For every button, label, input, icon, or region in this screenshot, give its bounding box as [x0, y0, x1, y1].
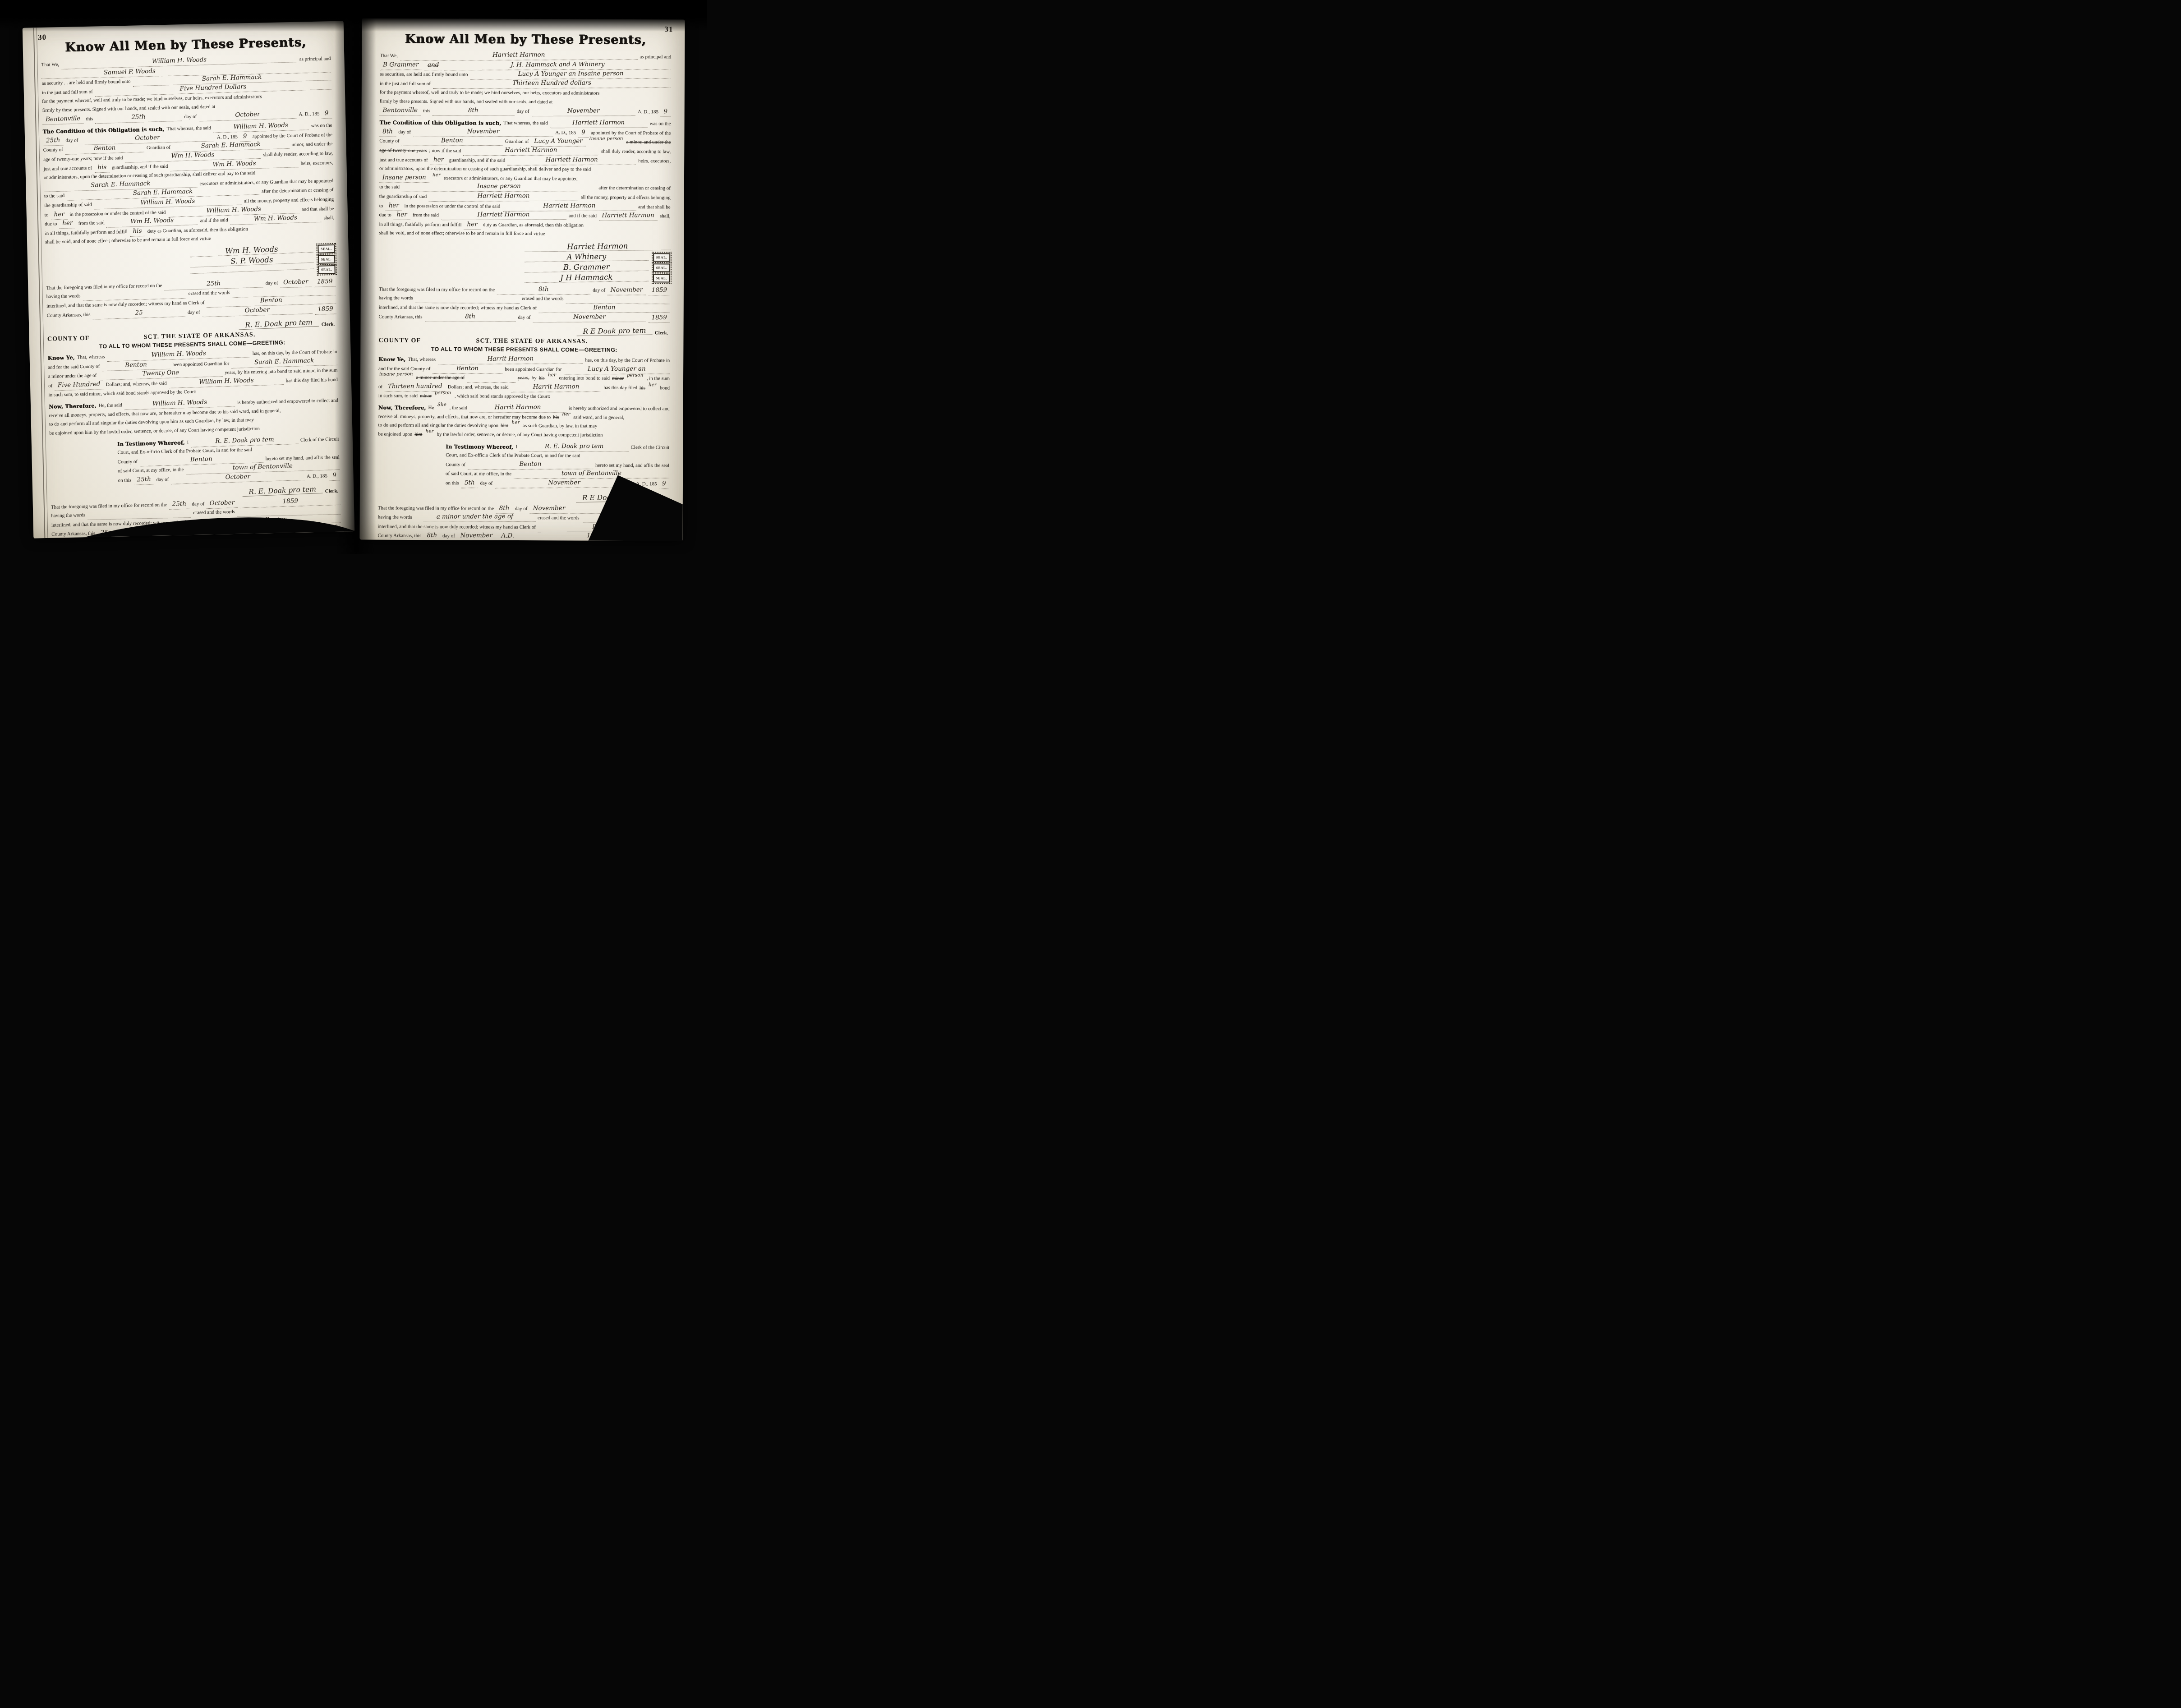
handwritten-text: 8th	[424, 312, 515, 322]
handwritten-text: Bentonville	[379, 106, 421, 115]
printed-text: County Arkansas, this	[46, 310, 90, 320]
printed-text: this	[86, 115, 93, 124]
handwritten-text: 25th	[169, 499, 190, 509]
handwritten-text: a minor under the age of	[414, 512, 535, 522]
printed-text: the guardianship of said	[379, 193, 427, 202]
handwritten-text: 5th	[461, 479, 478, 488]
printed-lead-text: Know Ye,	[378, 355, 405, 364]
printed-text: has this day filed	[603, 384, 637, 393]
signature-block: Wm H. WoodsSEAL.S. P. WoodsSEAL.SEAL.	[45, 244, 335, 281]
printed-text: after the determination or ceasing of	[262, 186, 334, 196]
form-line: firmly by these presents. Signed with ou…	[380, 97, 671, 107]
handwritten-interlined-text: insane person	[378, 370, 414, 379]
form-line: due toherfrom the saidHarriett Harmonand…	[379, 211, 671, 221]
clerk-title-label: Clerk.	[655, 331, 668, 336]
handwritten-text: Bentonville	[42, 114, 84, 124]
form-paragraph: That the foregoing was filed in my offic…	[51, 496, 341, 538]
handwritten-interlined-text: her	[432, 171, 442, 180]
form-line: That the foregoing was filed in my offic…	[379, 285, 670, 295]
form-line: Bentonvillethis8thday ofNovemberA. D., 1…	[380, 106, 671, 116]
signature-text: Harriet Harmon	[525, 241, 670, 252]
printed-text: A. D., 185	[636, 480, 657, 489]
handwritten-text: Harriett Harmon	[550, 118, 648, 128]
handwritten-text: Harriett Harmon	[599, 211, 658, 221]
printed-text: on this	[118, 476, 131, 485]
form-line: just and true accounts ofherguardianship…	[379, 155, 671, 166]
handwritten-text: 8th	[423, 531, 440, 541]
handwritten-text: 1859	[648, 286, 670, 295]
printed-text: day of	[517, 107, 529, 116]
handwritten-text: Harrit Harmon	[438, 354, 583, 364]
printed-text: That We,	[380, 52, 398, 61]
handwritten-text: 8th	[497, 285, 590, 295]
handwritten-interlined-text: her	[561, 410, 571, 419]
county-heading-spacer	[310, 335, 337, 335]
printed-text: day of	[593, 286, 605, 295]
printed-text: That the foregoing was filed in my offic…	[378, 504, 494, 513]
handwritten-text: October	[207, 498, 238, 509]
handwritten-struck-text: and	[424, 60, 442, 70]
handwritten-text: Harrit Harmon	[511, 382, 602, 392]
handwritten-text: 9	[661, 107, 671, 117]
printed-text: He, the said	[99, 401, 123, 410]
printed-text: I	[515, 443, 517, 452]
clerk-title-label: Clerk.	[325, 488, 339, 494]
signature-row: Harriet Harmon	[525, 241, 670, 252]
blank-fill-line	[467, 376, 515, 382]
printed-struck-text: minor	[612, 374, 624, 383]
printed-struck-text: years,	[518, 374, 529, 383]
printed-text: guardianship, and if the said	[112, 162, 168, 172]
printed-text: said ward, and in general,	[573, 413, 624, 422]
printed-text: by the lawful order, sentence, or decree…	[437, 430, 603, 440]
form-line: ofThirteen hundredDollars; and, whereas,…	[378, 382, 670, 393]
printed-text: and if the said	[569, 212, 597, 221]
form-paragraph: That the foregoing was filed in my offic…	[46, 277, 336, 320]
printed-struck-text: his	[553, 413, 559, 422]
printed-text: receive all moneys, property, and effect…	[378, 412, 551, 422]
signature-row: A WhinerySEAL.	[525, 252, 670, 262]
handwritten-text: his	[94, 163, 110, 173]
printed-struck-text: his	[539, 374, 545, 383]
seal-stamp: SEAL.	[653, 253, 671, 262]
handwritten-text: Harriett Harmon	[400, 51, 638, 61]
printed-struck-text: his	[640, 384, 645, 393]
printed-text: guardianship, and if the said	[449, 156, 505, 165]
handwritten-text: her	[430, 155, 447, 165]
printed-text: in the possession or under the control o…	[404, 202, 500, 211]
printed-lead-text: Know Ye,	[48, 354, 75, 363]
printed-text: day of	[480, 479, 492, 488]
clerk-title-label: Clerk.	[321, 322, 335, 327]
handwritten-text: her	[394, 211, 410, 220]
handwritten-text: Insane person	[402, 182, 596, 192]
printed-text: day of	[266, 279, 278, 288]
greeting-line: TO ALL TO WHOM THESE PRESENTS SHALL COME…	[378, 346, 670, 354]
printed-text: just and true accounts of	[379, 156, 428, 165]
printed-text: from the said	[78, 219, 104, 228]
printed-text: due to	[379, 211, 391, 220]
handwritten-text: Lucy A Younger an	[564, 364, 670, 374]
printed-text: was on the	[649, 120, 671, 129]
handwritten-text: 8th	[379, 127, 396, 137]
printed-text: has this day filed his bond	[286, 376, 338, 386]
handwritten-text: Harriett Harmon	[463, 146, 598, 156]
printed-text: in the just and full sum of	[42, 87, 93, 97]
printed-text: erased and the words	[189, 289, 230, 299]
signature-text	[191, 268, 313, 274]
printed-struck-text: him	[501, 422, 508, 431]
printed-text: of said Court, at my office, in the	[446, 470, 511, 479]
printed-text: was on the	[311, 121, 332, 131]
printed-text: day of	[114, 529, 126, 538]
clerk-signature: R. E. Doak pro temClerk.	[52, 536, 341, 539]
printed-text: day of	[192, 500, 204, 509]
printed-text: for the payment whereof, well and truly …	[380, 88, 600, 98]
county-heading: COUNTY OFSCT. THE STATE OF ARKANSAS.TO A…	[378, 337, 670, 354]
form-paragraph: The Condition of this Obligation is such…	[43, 121, 335, 247]
state-of-arkansas-label: SCT. THE STATE OF ARKANSAS.	[421, 337, 643, 345]
form-paragraph: That We,William H. Woodsas principal and…	[41, 54, 332, 124]
handwritten-text: Harriett Harmon	[507, 155, 636, 165]
handwritten-text: 8th	[496, 504, 513, 513]
printed-lead-text: The Condition of this Obligation is such…	[379, 119, 501, 128]
printed-text: interlined, and that the same is now dul…	[378, 522, 536, 532]
handwritten-text: B Grammer	[380, 60, 422, 70]
clerk-signature-text: R. E. Doak pro tem	[243, 537, 323, 539]
printed-text: heirs, executors,	[300, 158, 333, 168]
form-paragraph: Now, Therefore,HeShe, the saidHarrit Har…	[378, 403, 669, 440]
printed-text: minor, and under the	[291, 140, 333, 150]
handwritten-text: 1859	[314, 304, 336, 314]
form-paragraph: In Testimony Whereof,IR. E. Doak pro tem…	[378, 442, 669, 489]
form-paragraph: Know Ye,That, whereasHarrit Harmonhas, o…	[378, 355, 670, 402]
handwritten-text: insane person	[581, 513, 669, 523]
handwritten-text: his	[129, 226, 145, 236]
handwritten-text: Harrit Harmon	[469, 403, 566, 413]
printed-text: firmly by these presents. Signed with ou…	[380, 97, 553, 107]
handwritten-text: Harriett Harmon	[502, 201, 636, 211]
printed-text: having the words	[379, 294, 413, 303]
printed-text: erased and the words	[538, 514, 580, 523]
printed-text: Court, and Ex-officio Clerk of the Proba…	[446, 451, 580, 460]
form-line: on this5thday ofNovemberA. D., 1859	[446, 479, 669, 489]
form-paragraph: That We,Harriett Harmonas principal andB…	[380, 51, 672, 117]
printed-struck-text: He	[428, 404, 434, 413]
printed-text: as securities, are held and firmly bound…	[380, 70, 468, 79]
printed-text: on this	[446, 479, 459, 488]
form-paragraph: Now, Therefore,He, the saidWilliam H. Wo…	[49, 396, 339, 438]
handwritten-text: her	[59, 219, 76, 229]
page-number-right: 31	[664, 25, 673, 34]
printed-text: A. D., 185	[555, 129, 576, 138]
handwritten-interlined-text: She	[436, 401, 447, 410]
printed-text: and that shall be	[638, 203, 671, 212]
form-paragraph: That the foregoing was filed in my offic…	[379, 285, 670, 322]
handwritten-text: October	[280, 277, 312, 288]
printed-text: County Arkansas, this	[377, 532, 421, 541]
handwritten-text: Five Hundred	[55, 380, 104, 391]
printed-text: shall be void, and of none effect; other…	[379, 229, 545, 239]
handwritten-text: 1859	[313, 277, 336, 287]
printed-text: entering into bond to said	[559, 374, 610, 383]
printed-text: in all things, faithfully perform and fu…	[379, 220, 461, 229]
form-line: age of twenty-one years; now if the said…	[379, 146, 671, 157]
form-line: interlined, and that the same is now dul…	[378, 522, 669, 532]
form-line: in the just and full sum ofThirteen Hund…	[380, 79, 671, 89]
county-heading: COUNTY OFSCT. THE STATE OF ARKANSAS.TO A…	[47, 330, 337, 351]
handwritten-text: her	[385, 201, 402, 211]
printed-text: of	[378, 383, 382, 392]
handwritten-text: November	[531, 106, 635, 116]
printed-text: interlined, and that the same is now dul…	[379, 304, 537, 313]
printed-text: day of	[398, 128, 411, 137]
handwritten-text: J. H. Hammack and A Whinery	[444, 60, 671, 70]
county-of-label: COUNTY OF	[378, 337, 421, 345]
clerk-signature: R E Doak pro temClerk.	[378, 490, 669, 502]
signature-text: A Whinery	[525, 252, 649, 262]
printed-text: to	[379, 202, 383, 211]
printed-text: is hereby authorized and empowered to co…	[569, 405, 670, 414]
page-right: 31 Know All Men by These Presents, That …	[359, 18, 685, 541]
printed-text: A. D., 185	[299, 110, 320, 119]
printed-text: and for the said County of	[48, 362, 100, 372]
handwritten-text: November	[529, 504, 568, 513]
signature-text: B. Grammer	[525, 262, 649, 273]
printed-text: or administrators, upon the determinatio…	[379, 165, 591, 175]
printed-text: erased and the words	[522, 295, 564, 304]
printed-text: just and true accounts of	[43, 164, 92, 174]
printed-text: to	[45, 211, 49, 220]
printed-text: A. D., 185	[307, 472, 328, 481]
page-number-left: 30	[38, 33, 46, 42]
clerk-signature-text: R. E. Doak pro tem	[242, 484, 322, 497]
form-line: Now, Therefore,HeShe, the saidHarrit Har…	[378, 403, 670, 414]
printed-text: in such sum, to said	[378, 391, 418, 401]
printed-struck-text: a minor under the age of	[416, 373, 465, 382]
handwritten-interlined-text: her	[648, 381, 658, 390]
handwritten-text: November	[495, 478, 634, 488]
printed-text: to the said	[44, 192, 65, 201]
printed-text: County of	[43, 146, 63, 155]
seal-stamp: SEAL.	[317, 244, 335, 253]
handwritten-text: Benton	[402, 136, 503, 146]
handwritten-text: 25th	[43, 136, 64, 146]
signature-text: J H Hammack	[525, 272, 649, 283]
printed-text: heirs, executors,	[638, 157, 671, 166]
printed-text: shall,	[660, 212, 671, 221]
printed-struck-text: a minor, and under the	[626, 138, 671, 147]
handwritten-text: Benton	[539, 303, 670, 313]
handwritten-text: 25th	[133, 475, 154, 485]
clerk-signature-text: R. E. Doak pro tem	[239, 318, 319, 330]
handwritten-text: her	[464, 220, 480, 230]
form-line: In Testimony Whereof,IR. E. Doak pro tem…	[446, 442, 669, 452]
printed-text: day of	[184, 112, 197, 121]
form-line: having the wordserased and the words	[379, 294, 670, 304]
printed-text: A. D., 185	[638, 108, 658, 117]
handwritten-text: 1859	[319, 524, 341, 534]
form-line: be enjoined uponhimherby the lawful orde…	[378, 430, 669, 440]
form-line: having the wordsa minor under the age of…	[378, 513, 669, 523]
printed-text: due to	[45, 220, 57, 229]
seal-stamp: SEAL.	[317, 255, 335, 264]
printed-lead-text: Now, Therefore,	[378, 404, 426, 413]
printed-text: by	[532, 374, 537, 383]
handwritten-text: 1859	[571, 504, 669, 514]
form-line: in such sum, to saidminorperson, which s…	[378, 391, 670, 401]
printed-text: as such Guardian, by law, in that may	[523, 422, 597, 431]
printed-text: County of	[118, 457, 138, 467]
handwritten-text: R. E. Doak pro tem	[520, 442, 629, 452]
printed-text: bond	[660, 384, 670, 393]
book-photo: 30 Know All Men by These Presents, That …	[0, 0, 707, 554]
printed-text: of	[48, 382, 53, 391]
clerk-title-label: Clerk.	[654, 497, 667, 502]
form-line: interlined, and that the same is now dul…	[379, 303, 670, 313]
printed-text: the guardianship of said	[44, 201, 92, 211]
form-line: Know Ye,That, whereasHarrit Harmonhas, o…	[378, 355, 670, 365]
form-paragraph: In Testimony Whereof,IR. E. Doak pro tem…	[50, 434, 340, 487]
blank-fill-line	[41, 71, 98, 79]
printed-text: I	[187, 438, 189, 447]
printed-text: Clerk of the Circuit	[300, 435, 339, 444]
handwritten-text: A.D.	[498, 532, 517, 541]
handwritten-text: 9	[578, 128, 589, 138]
printed-text: be enjoined upon	[378, 430, 412, 439]
handwritten-text: November	[607, 285, 646, 295]
printed-text: day of	[156, 475, 169, 484]
printed-text: having the words	[51, 511, 85, 520]
printed-text: has, on this day, by the Court of Probat…	[585, 356, 670, 365]
printed-text: That We,	[41, 60, 59, 69]
printed-text: in the just and full sum of	[380, 79, 431, 88]
handwritten-text: her	[51, 210, 68, 220]
printed-text: Dollars; and, whereas, the said	[448, 383, 509, 392]
handwritten-interlined-text: her	[547, 371, 557, 380]
signature-block: Harriet HarmonA WhinerySEAL.B. GrammerSE…	[379, 240, 670, 283]
blank-fill-line	[415, 297, 520, 304]
printed-text: having the words	[46, 292, 81, 302]
handwritten-interlined-text: person	[434, 389, 452, 398]
page-title-blackletter: Know All Men by These Presents,	[41, 35, 331, 55]
handwritten-text: 25	[97, 529, 112, 539]
printed-struck-text: age of twenty-one years	[379, 147, 427, 156]
printed-text: as principal and	[299, 55, 331, 64]
printed-text: Clerk of the Circuit	[630, 443, 669, 452]
printed-text: and if the said	[200, 216, 228, 226]
handwritten-text: Harriett Harmon	[441, 210, 566, 220]
signature-row: J H HammackSEAL.	[525, 272, 670, 283]
handwritten-text: town of Bentonville	[514, 469, 669, 479]
clerk-signature-text: R E Doak pro tem	[576, 327, 652, 336]
printed-text: from the said	[413, 211, 439, 220]
printed-text: ; now if the said	[429, 147, 461, 156]
printed-text: to the said	[379, 183, 400, 192]
printed-text: day of	[188, 308, 200, 317]
handwritten-interlined-text: her	[511, 419, 520, 428]
form-line: in all things, faithfully perform and fu…	[379, 220, 670, 230]
form-paragraph: The Condition of this Obligation is such…	[379, 118, 671, 239]
printed-text: erased and the words	[193, 508, 235, 518]
page-left: 30 Know All Men by These Presents, That …	[23, 21, 355, 538]
handwritten-text: Benton	[538, 522, 669, 532]
handwritten-text: November	[533, 313, 646, 322]
seal-stamp: SEAL.	[653, 274, 671, 282]
handwritten-interlined-text: person	[626, 371, 644, 380]
printed-text: day of	[518, 313, 531, 322]
printed-text: day of	[65, 136, 78, 145]
printed-text: That the foregoing was filed in my offic…	[379, 285, 495, 295]
printed-lead-text: In Testimony Whereof,	[446, 442, 513, 451]
printed-text: , which said bond stands approved by the…	[455, 392, 550, 401]
printed-lead-text: Now, Therefore,	[49, 402, 97, 412]
printed-text: County Arkansas, this	[379, 313, 423, 322]
form-line: County Arkansas, this8thday ofNovemberA.…	[377, 531, 669, 541]
handwritten-text: 9	[659, 479, 669, 489]
page-title-blackletter: Know All Men by These Presents,	[380, 32, 671, 47]
handwritten-text: Benton	[433, 364, 502, 373]
handwritten-interlined-text: her	[424, 427, 434, 436]
form-line: shall be void, and of none effect; other…	[379, 229, 670, 239]
handwritten-text: November	[457, 531, 496, 541]
printed-text: Guardian of	[147, 143, 170, 153]
handwritten-text: Lucy A Younger an Insaine person	[470, 69, 671, 80]
printed-text: duty as Guardian, as aforesaid, then thi…	[483, 221, 584, 230]
handwritten-text: 9	[322, 109, 332, 118]
printed-text: shall,	[323, 214, 334, 223]
handwritten-text: 1859	[648, 313, 670, 323]
printed-text: age of twenty-one years; now if the said	[43, 154, 123, 164]
seal-stamp: SEAL.	[653, 263, 671, 272]
printed-text: this	[423, 107, 430, 116]
signature-row: B. GrammerSEAL.	[525, 262, 670, 273]
form-line: County Arkansas, this8thday ofNovember18…	[379, 312, 670, 322]
handwritten-text: November	[413, 127, 553, 137]
form-line: the guardianship of saidHarriett Harmona…	[379, 192, 671, 203]
clerk-signature-text: R E Doak pro tem	[575, 493, 651, 502]
handwritten-text: Insane person	[379, 173, 429, 183]
handwritten-text: Harriett Harmon	[429, 192, 579, 202]
form-line: of said Court, at my office, in thetown …	[446, 470, 669, 480]
handwritten-text: Thirteen Hundred dollars	[433, 78, 671, 89]
printed-struck-text: minor	[420, 392, 432, 401]
handwritten-text: Lucy A Younger	[531, 137, 586, 147]
printed-text: to do and perform all and singular the d…	[378, 421, 498, 431]
printed-text: County of	[379, 137, 399, 146]
handwritten-text: 8th	[433, 106, 515, 115]
clerk-signature: R E Doak pro temClerk.	[378, 324, 670, 336]
printed-text: That, whereas	[77, 353, 105, 362]
printed-text: That, whereas	[408, 355, 436, 364]
form-paragraph: That the foregoing was filed in my offic…	[377, 503, 669, 541]
handwritten-interlined-text: Insane person	[588, 135, 624, 144]
printed-text: , the said	[449, 404, 467, 413]
printed-text: County of	[446, 460, 465, 470]
printed-text: County Arkansas, this	[51, 529, 95, 539]
handwritten-text: 1859	[520, 531, 669, 541]
printed-text: having the words	[378, 513, 412, 522]
handwritten-text: 9	[330, 471, 340, 481]
handwritten-text: October	[129, 523, 317, 538]
printed-text: Guardian of	[505, 138, 529, 147]
printed-struck-text: him	[414, 430, 422, 439]
form-paragraph: Know Ye,That, whereasWilliam H. Woodshas…	[48, 347, 338, 400]
county-of-label: COUNTY OF	[47, 335, 90, 343]
printed-text: after the determination or ceasing of	[598, 184, 671, 193]
seal-stamp: SEAL.	[318, 265, 336, 274]
page-left-body: That We,William H. Woodsas principal and…	[41, 54, 341, 539]
